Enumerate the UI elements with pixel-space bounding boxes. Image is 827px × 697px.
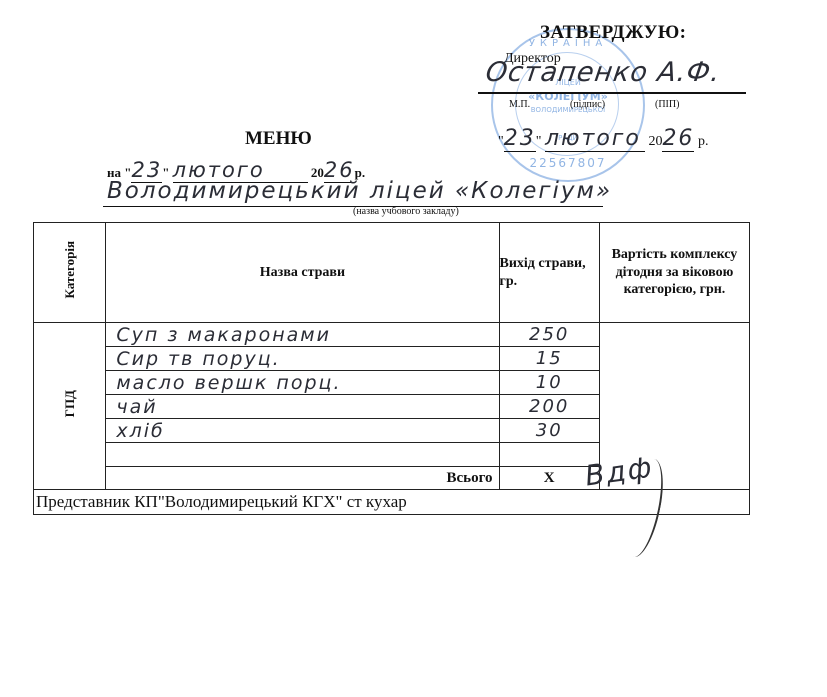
dish-name: Суп з макаронами bbox=[106, 323, 499, 347]
dish-name: хліб bbox=[106, 419, 499, 443]
dish-name: Сир тв поруц. bbox=[106, 347, 499, 371]
table-header-row: Категорія Назва страви Вихід страви, гр.… bbox=[34, 223, 750, 323]
signature-caption: (підпис) bbox=[570, 99, 605, 110]
stamp-code: 22567807 bbox=[493, 156, 643, 170]
total-label: Всього bbox=[106, 467, 499, 490]
director-signature: Остапенко А.Ф. bbox=[484, 57, 723, 88]
mp-label: М.П. bbox=[509, 99, 530, 110]
approval-year-suffix: 26 bbox=[662, 126, 694, 152]
approval-date: "23" лютого 2026 р. bbox=[498, 126, 708, 152]
dish-name bbox=[106, 443, 499, 467]
dish-name: чай bbox=[106, 395, 499, 419]
header-cost: Вартість комплексу дітодня за віковою ка… bbox=[599, 223, 749, 323]
header-category: Категорія bbox=[34, 223, 106, 323]
dish-output: 10 bbox=[499, 371, 599, 395]
approval-year-prefix: 20 bbox=[648, 134, 662, 149]
signature-line bbox=[478, 92, 746, 94]
menu-title: МЕНЮ bbox=[245, 128, 312, 150]
school-name-caption: (назва учбового закладу) bbox=[353, 206, 459, 217]
approval-month: лютого bbox=[545, 126, 645, 152]
dish-output: 250 bbox=[499, 323, 599, 347]
category-cell: ГПД bbox=[34, 323, 106, 490]
table-row: ГПД Суп з макаронами 250 bbox=[34, 323, 750, 347]
school-name: Володимирецький ліцей «Колегіум» bbox=[107, 178, 612, 204]
approval-day: 23 bbox=[504, 126, 536, 152]
header-output: Вихід страви, гр. bbox=[499, 223, 599, 323]
dish-output: 200 bbox=[499, 395, 599, 419]
header-dish: Назва страви bbox=[106, 223, 499, 323]
dish-name: масло вершк порц. bbox=[106, 371, 499, 395]
approval-title: ЗАТВЕРДЖУЮ: bbox=[540, 22, 686, 44]
name-caption: (ПІП) bbox=[655, 99, 679, 110]
dish-output: 15 bbox=[499, 347, 599, 371]
dish-output: 30 bbox=[499, 419, 599, 443]
approval-year-unit: р. bbox=[698, 134, 709, 149]
